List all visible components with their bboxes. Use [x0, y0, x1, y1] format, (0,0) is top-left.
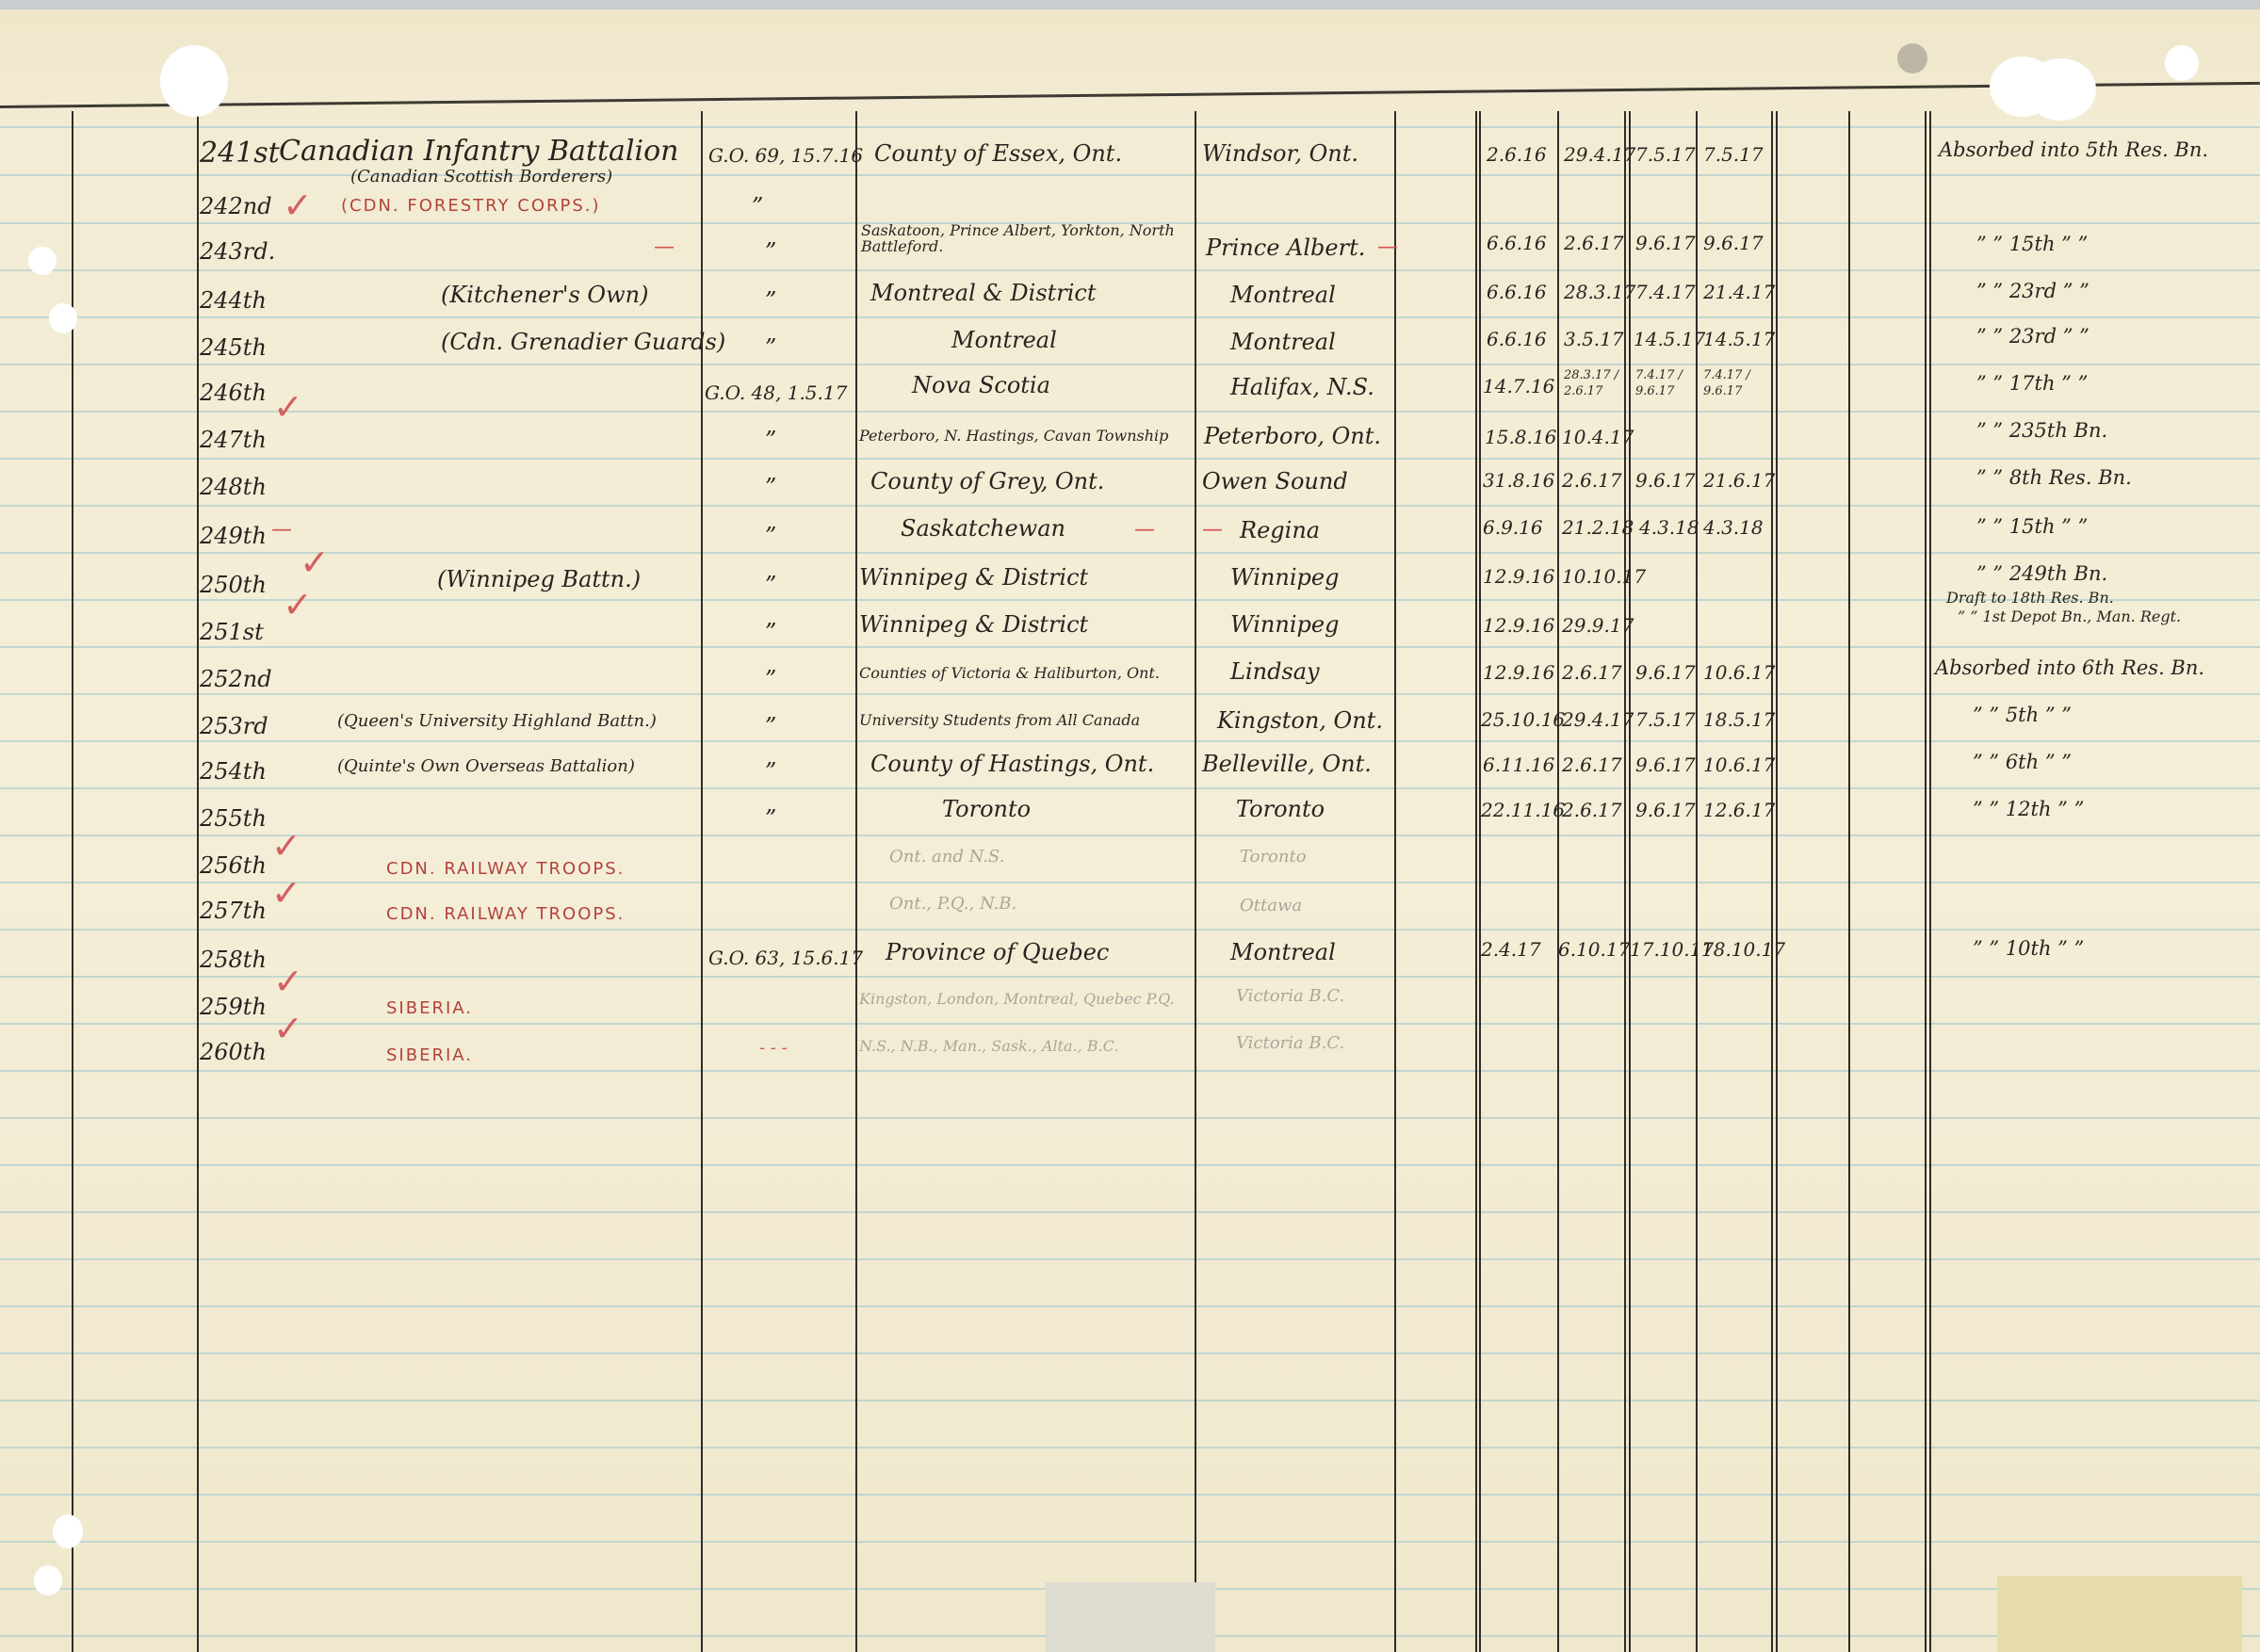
- row-252-date1: 12.9.16: [1483, 665, 1554, 681]
- ruled-line: [0, 174, 2260, 176]
- row-244-number: 244th: [200, 288, 267, 313]
- row-246-remarks: ” ” 17th ” ”: [1976, 371, 2088, 396]
- row-258-date2: 6.10.17: [1558, 942, 1630, 958]
- row-244-date2: 28.3.17: [1564, 284, 1635, 300]
- red-checkmark-icon: ✓: [283, 185, 313, 226]
- red-checkmark-icon: ✓: [273, 386, 303, 428]
- column-line: [1929, 111, 1931, 1652]
- punch-hole: [2025, 58, 2096, 121]
- row-254-date3: 9.6.17: [1635, 757, 1696, 773]
- row-244-remarks: ” ” 23rd ” ”: [1976, 279, 2089, 303]
- row-245-date2: 3.5.17: [1564, 332, 1624, 348]
- row-248-date3: 9.6.17: [1635, 473, 1696, 489]
- ruled-line: [0, 646, 2260, 648]
- row-255-area: Toronto: [942, 797, 1031, 821]
- header-rule: [0, 82, 2260, 108]
- ruled-line: [0, 1070, 2260, 1072]
- ruled-line: [0, 552, 2260, 554]
- column-line: [1624, 111, 1626, 1652]
- row-249-number: 249th: [200, 524, 267, 548]
- column-line: [1475, 111, 1477, 1652]
- row-244-area: Montreal & District: [870, 281, 1097, 305]
- row-254-hq: Belleville, Ont.: [1202, 752, 1372, 776]
- row-247-hq: Peterboro, Ont.: [1204, 424, 1381, 448]
- row-254-area: County of Hastings, Ont.: [870, 752, 1154, 776]
- stain-mark: [1897, 43, 1927, 73]
- row-258-number: 258th: [200, 947, 267, 972]
- row-245-date4: 14.5.17: [1703, 332, 1775, 348]
- row-249-date1: 6.9.16: [1483, 520, 1543, 536]
- red-dash-mark: —: [1134, 518, 1155, 542]
- ruled-line: [0, 882, 2260, 883]
- row-244-name: (Kitchener's Own): [441, 283, 648, 307]
- ruled-line: [0, 1305, 2260, 1307]
- row-260-note: SIBERIA.: [386, 1044, 473, 1068]
- row-251-remarks-line2: ” ” 1st Depot Bn., Man. Regt.: [1958, 608, 2181, 624]
- row-255-date4: 12.6.17: [1703, 802, 1775, 818]
- row-248-area: County of Grey, Ont.: [870, 469, 1104, 494]
- row-245-authority: ”: [765, 335, 776, 360]
- row-255-remarks: ” ” 12th ” ”: [1973, 797, 2084, 821]
- row-243-area: Saskatoon, Prince Albert, Yorkton, North…: [861, 222, 1191, 254]
- ruled-line: [0, 1164, 2260, 1166]
- column-line: [1925, 111, 1927, 1652]
- row-253-number: 253rd: [200, 714, 268, 738]
- row-245-hq: Montreal: [1230, 330, 1336, 354]
- red-checkmark-icon: ✓: [271, 825, 301, 866]
- red-checkmark-icon: ✓: [271, 872, 301, 914]
- ruled-line: [0, 1117, 2260, 1119]
- ruled-line: [0, 1211, 2260, 1213]
- row-258-hq: Montreal: [1230, 940, 1336, 964]
- row-258-area: Province of Quebec: [886, 940, 1109, 964]
- row-259-note: SIBERIA.: [386, 996, 473, 1021]
- red-dash-mark: —: [1377, 235, 1398, 259]
- row-256-hq: Toronto: [1240, 848, 1307, 866]
- punch-hole: [2165, 45, 2199, 81]
- row-243-remarks: ” ” 15th ” ”: [1976, 232, 2088, 256]
- row-253-date1: 25.10.16: [1481, 712, 1565, 728]
- column-line: [72, 111, 73, 1652]
- row-246-authority: G.O. 48, 1.5.17: [705, 381, 847, 405]
- ruled-line: [0, 126, 2260, 128]
- ruled-line: [0, 411, 2260, 413]
- ruled-line: [0, 1400, 2260, 1401]
- row-249-date3: 4.3.18: [1639, 520, 1699, 536]
- row-243-hq: Prince Albert.: [1206, 235, 1365, 260]
- ruled-line: [0, 1352, 2260, 1354]
- ruled-line: [0, 976, 2260, 978]
- row-242-authority: ”: [752, 194, 763, 219]
- row-254-remarks: ” ” 6th ” ”: [1973, 750, 2072, 774]
- row-244-date4: 21.4.17: [1703, 284, 1775, 300]
- ruled-line: [0, 1023, 2260, 1025]
- ruled-line: [0, 599, 2260, 601]
- row-246-date2: 28.3.17 / 2.6.17: [1564, 367, 1626, 399]
- row-256-note: CDN. RAILWAY TROOPS.: [386, 857, 625, 882]
- ruled-line: [0, 458, 2260, 460]
- ruled-line: [0, 693, 2260, 695]
- row-241-subname: (Canadian Scottish Borderers): [350, 168, 612, 186]
- row-244-date1: 6.6.16: [1487, 284, 1547, 300]
- row-241-date2: 29.4.17: [1564, 147, 1635, 163]
- row-241-date1: 2.6.16: [1487, 147, 1547, 163]
- row-254-date4: 10.6.17: [1703, 757, 1775, 773]
- tape-patch: [1046, 1582, 1215, 1652]
- row-252-authority: ”: [765, 667, 776, 691]
- ruled-line: [0, 787, 2260, 789]
- row-257-number: 257th: [200, 899, 267, 923]
- row-251-authority: ”: [765, 620, 776, 644]
- row-253-area: University Students from All Canada: [859, 712, 1140, 728]
- row-248-date2: 2.6.17: [1562, 473, 1622, 489]
- row-245-area: Montreal: [951, 328, 1057, 352]
- row-244-authority: ”: [765, 288, 776, 313]
- row-241-area: County of Essex, Ont.: [874, 141, 1122, 166]
- ruled-line: [0, 1447, 2260, 1449]
- row-249-authority: ”: [765, 524, 776, 548]
- row-260-hq: Victoria B.C.: [1236, 1034, 1344, 1052]
- row-250-number: 250th: [200, 573, 267, 597]
- row-255-hq: Toronto: [1236, 797, 1325, 821]
- row-252-remarks: Absorbed into 6th Res. Bn.: [1935, 656, 2204, 680]
- row-248-hq: Owen Sound: [1202, 469, 1348, 494]
- row-248-authority: ”: [765, 475, 776, 499]
- row-252-hq: Lindsay: [1230, 659, 1320, 684]
- row-255-date2: 2.6.17: [1562, 802, 1622, 818]
- row-252-date2: 2.6.17: [1562, 665, 1622, 681]
- row-244-date3: 7.4.17: [1635, 284, 1696, 300]
- row-250-date2: 10.10.17: [1562, 569, 1646, 585]
- row-254-date1: 6.11.16: [1483, 757, 1554, 773]
- red-dash-mark: —: [654, 235, 675, 259]
- row-254-number: 254th: [200, 759, 267, 784]
- row-253-date3: 7.5.17: [1635, 712, 1696, 728]
- row-245-date3: 14.5.17: [1634, 332, 1705, 348]
- row-258-date4: 18.10.17: [1701, 942, 1785, 958]
- row-256-number: 256th: [200, 853, 267, 878]
- row-243-date4: 9.6.17: [1703, 235, 1764, 251]
- row-245-date1: 6.6.16: [1487, 332, 1547, 348]
- red-checkmark-icon: ✓: [300, 542, 330, 583]
- row-251-date1: 12.9.16: [1483, 618, 1554, 634]
- row-250-remarks: ” ” 249th Bn.: [1976, 561, 2107, 586]
- row-255-date3: 9.6.17: [1635, 802, 1696, 818]
- column-line: [1195, 111, 1196, 1652]
- punch-hole: [28, 247, 57, 275]
- row-252-date3: 9.6.17: [1635, 665, 1696, 681]
- row-253-remarks: ” ” 5th ” ”: [1973, 703, 2072, 727]
- row-255-date1: 22.11.16: [1481, 802, 1565, 818]
- row-253-date4: 18.5.17: [1703, 712, 1775, 728]
- ruled-line: [0, 1494, 2260, 1496]
- red-checkmark-icon: ✓: [273, 961, 303, 1002]
- row-245-name: (Cdn. Grenadier Guards): [441, 330, 725, 354]
- row-243-number: 243rd.: [200, 239, 275, 264]
- row-243-date3: 9.6.17: [1635, 235, 1696, 251]
- row-241-remarks: Absorbed into 5th Res. Bn.: [1939, 138, 2208, 162]
- row-241-number: 241st: [200, 141, 280, 166]
- row-257-note: CDN. RAILWAY TROOPS.: [386, 902, 625, 927]
- row-249-hq: Regina: [1240, 518, 1320, 543]
- row-248-remarks: ” ” 8th Res. Bn.: [1976, 465, 2132, 490]
- row-249-area: Saskatchewan: [901, 516, 1065, 541]
- row-248-date4: 21.6.17: [1703, 473, 1775, 489]
- ruled-line: [0, 1258, 2260, 1260]
- column-line: [855, 111, 857, 1652]
- row-245-remarks: ” ” 23rd ” ”: [1976, 324, 2089, 348]
- row-258-remarks: ” ” 10th ” ”: [1973, 936, 2084, 961]
- row-259-number: 259th: [200, 995, 267, 1019]
- row-242-number: 242nd: [200, 194, 272, 219]
- row-251-hq: Winnipeg: [1230, 612, 1339, 637]
- row-251-area: Winnipeg & District: [859, 612, 1088, 637]
- row-247-remarks: ” ” 235th Bn.: [1976, 418, 2107, 443]
- row-250-name: (Winnipeg Battn.): [437, 567, 641, 591]
- row-247-authority: ”: [765, 428, 776, 452]
- row-253-date2: 29.4.17: [1562, 712, 1634, 728]
- ruled-line: [0, 740, 2260, 742]
- row-253-hq: Kingston, Ont.: [1217, 708, 1383, 733]
- row-243-date2: 2.6.17: [1564, 235, 1624, 251]
- row-247-area: Peterboro, N. Hastings, Cavan Township: [859, 428, 1168, 444]
- column-line: [1479, 111, 1481, 1652]
- ruled-line: [0, 316, 2260, 318]
- row-243-authority: ”: [765, 239, 776, 264]
- column-line: [1394, 111, 1396, 1652]
- row-255-authority: ”: [765, 806, 776, 831]
- row-250-hq: Winnipeg: [1230, 565, 1339, 590]
- row-245-number: 245th: [200, 335, 267, 360]
- row-247-number: 247th: [200, 428, 267, 452]
- row-246-date3: 7.4.17 / 9.6.17: [1635, 367, 1698, 399]
- row-241-date4: 7.5.17: [1703, 147, 1764, 163]
- row-258-date1: 2.4.17: [1481, 942, 1541, 958]
- row-251-remarks: Draft to 18th Res. Bn.: [1946, 590, 2114, 606]
- row-246-date4: 7.4.17 / 9.6.17: [1703, 367, 1765, 399]
- row-246-hq: Halifax, N.S.: [1230, 375, 1374, 399]
- row-246-date1: 14.7.16: [1483, 379, 1554, 395]
- row-253-authority: ”: [765, 714, 776, 738]
- red-checkmark-icon: ✓: [273, 1008, 303, 1049]
- row-247-date2: 10.4.17: [1562, 429, 1634, 445]
- row-255-number: 255th: [200, 806, 267, 831]
- row-254-date2: 2.6.17: [1562, 757, 1622, 773]
- column-line: [1848, 111, 1850, 1652]
- row-252-area: Counties of Victoria & Haliburton, Ont.: [859, 665, 1160, 681]
- row-250-authority: ”: [765, 573, 776, 597]
- column-line: [1557, 111, 1559, 1652]
- row-260-authority: - - -: [759, 1036, 788, 1061]
- ruled-line: [0, 1541, 2260, 1543]
- row-246-number: 246th: [200, 381, 267, 405]
- row-249-date2: 21.2.18: [1562, 520, 1634, 536]
- punch-hole: [49, 303, 77, 333]
- row-248-number: 248th: [200, 475, 267, 499]
- row-260-number: 260th: [200, 1040, 267, 1064]
- ruled-line: [0, 505, 2260, 507]
- row-244-hq: Montreal: [1230, 283, 1336, 307]
- ruled-line: [0, 929, 2260, 931]
- row-251-date2: 29.9.17: [1562, 618, 1634, 634]
- row-251-number: 251st: [200, 620, 264, 644]
- row-241-hq: Windsor, Ont.: [1202, 141, 1358, 166]
- row-259-hq: Victoria B.C.: [1236, 987, 1344, 1005]
- scanner-edge: [0, 0, 2260, 9]
- punch-hole: [160, 45, 228, 117]
- row-257-area: Ont., P.Q., N.B.: [889, 895, 1016, 913]
- row-241-name: Canadian Infantry Battalion: [279, 139, 678, 164]
- row-253-name: (Queen's University Highland Battn.): [337, 712, 657, 730]
- row-247-date1: 15.8.16: [1485, 429, 1556, 445]
- row-250-area: Winnipeg & District: [859, 565, 1088, 590]
- column-line: [1776, 111, 1778, 1652]
- row-256-area: Ont. and N.S.: [889, 848, 1004, 866]
- row-252-number: 252nd: [200, 667, 272, 691]
- ruled-line: [0, 269, 2260, 271]
- punch-hole: [34, 1565, 62, 1595]
- ruled-line: [0, 364, 2260, 365]
- row-259-area: Kingston, London, Montreal, Quebec P.Q.: [859, 991, 1175, 1007]
- row-258-authority: G.O. 63, 15.6.17: [708, 946, 863, 970]
- row-250-date1: 12.9.16: [1483, 569, 1554, 585]
- red-checkmark-icon: ✓: [283, 584, 313, 625]
- column-line: [197, 111, 199, 1652]
- punch-hole: [53, 1514, 83, 1548]
- tape-patch: [1997, 1576, 2242, 1652]
- red-dash-mark: —: [271, 518, 292, 542]
- row-241-authority: G.O. 69, 15.7.16: [708, 143, 863, 168]
- ruled-line: [0, 834, 2260, 836]
- row-248-date1: 31.8.16: [1483, 473, 1554, 489]
- row-249-remarks: ” ” 15th ” ”: [1976, 514, 2088, 539]
- red-dash-mark: —: [1202, 518, 1223, 542]
- ledger-page: ✓ ✓ ✓ ✓ ✓ ✓ ✓ ✓ — — — — — 241st Canadian…: [0, 0, 2260, 1652]
- row-254-authority: ”: [765, 759, 776, 784]
- column-line: [1629, 111, 1631, 1652]
- row-249-date4: 4.3.18: [1703, 520, 1764, 536]
- row-260-area: N.S., N.B., Man., Sask., Alta., B.C.: [859, 1038, 1118, 1054]
- row-252-date4: 10.6.17: [1703, 665, 1775, 681]
- row-243-date1: 6.6.16: [1487, 235, 1547, 251]
- row-254-name: (Quinte's Own Overseas Battalion): [337, 757, 635, 775]
- row-242-note: (CDN. FORESTRY CORPS.): [341, 198, 601, 214]
- row-257-hq: Ottawa: [1240, 897, 1302, 915]
- row-241-date3: 7.5.17: [1635, 147, 1696, 163]
- row-246-area: Nova Scotia: [912, 373, 1050, 397]
